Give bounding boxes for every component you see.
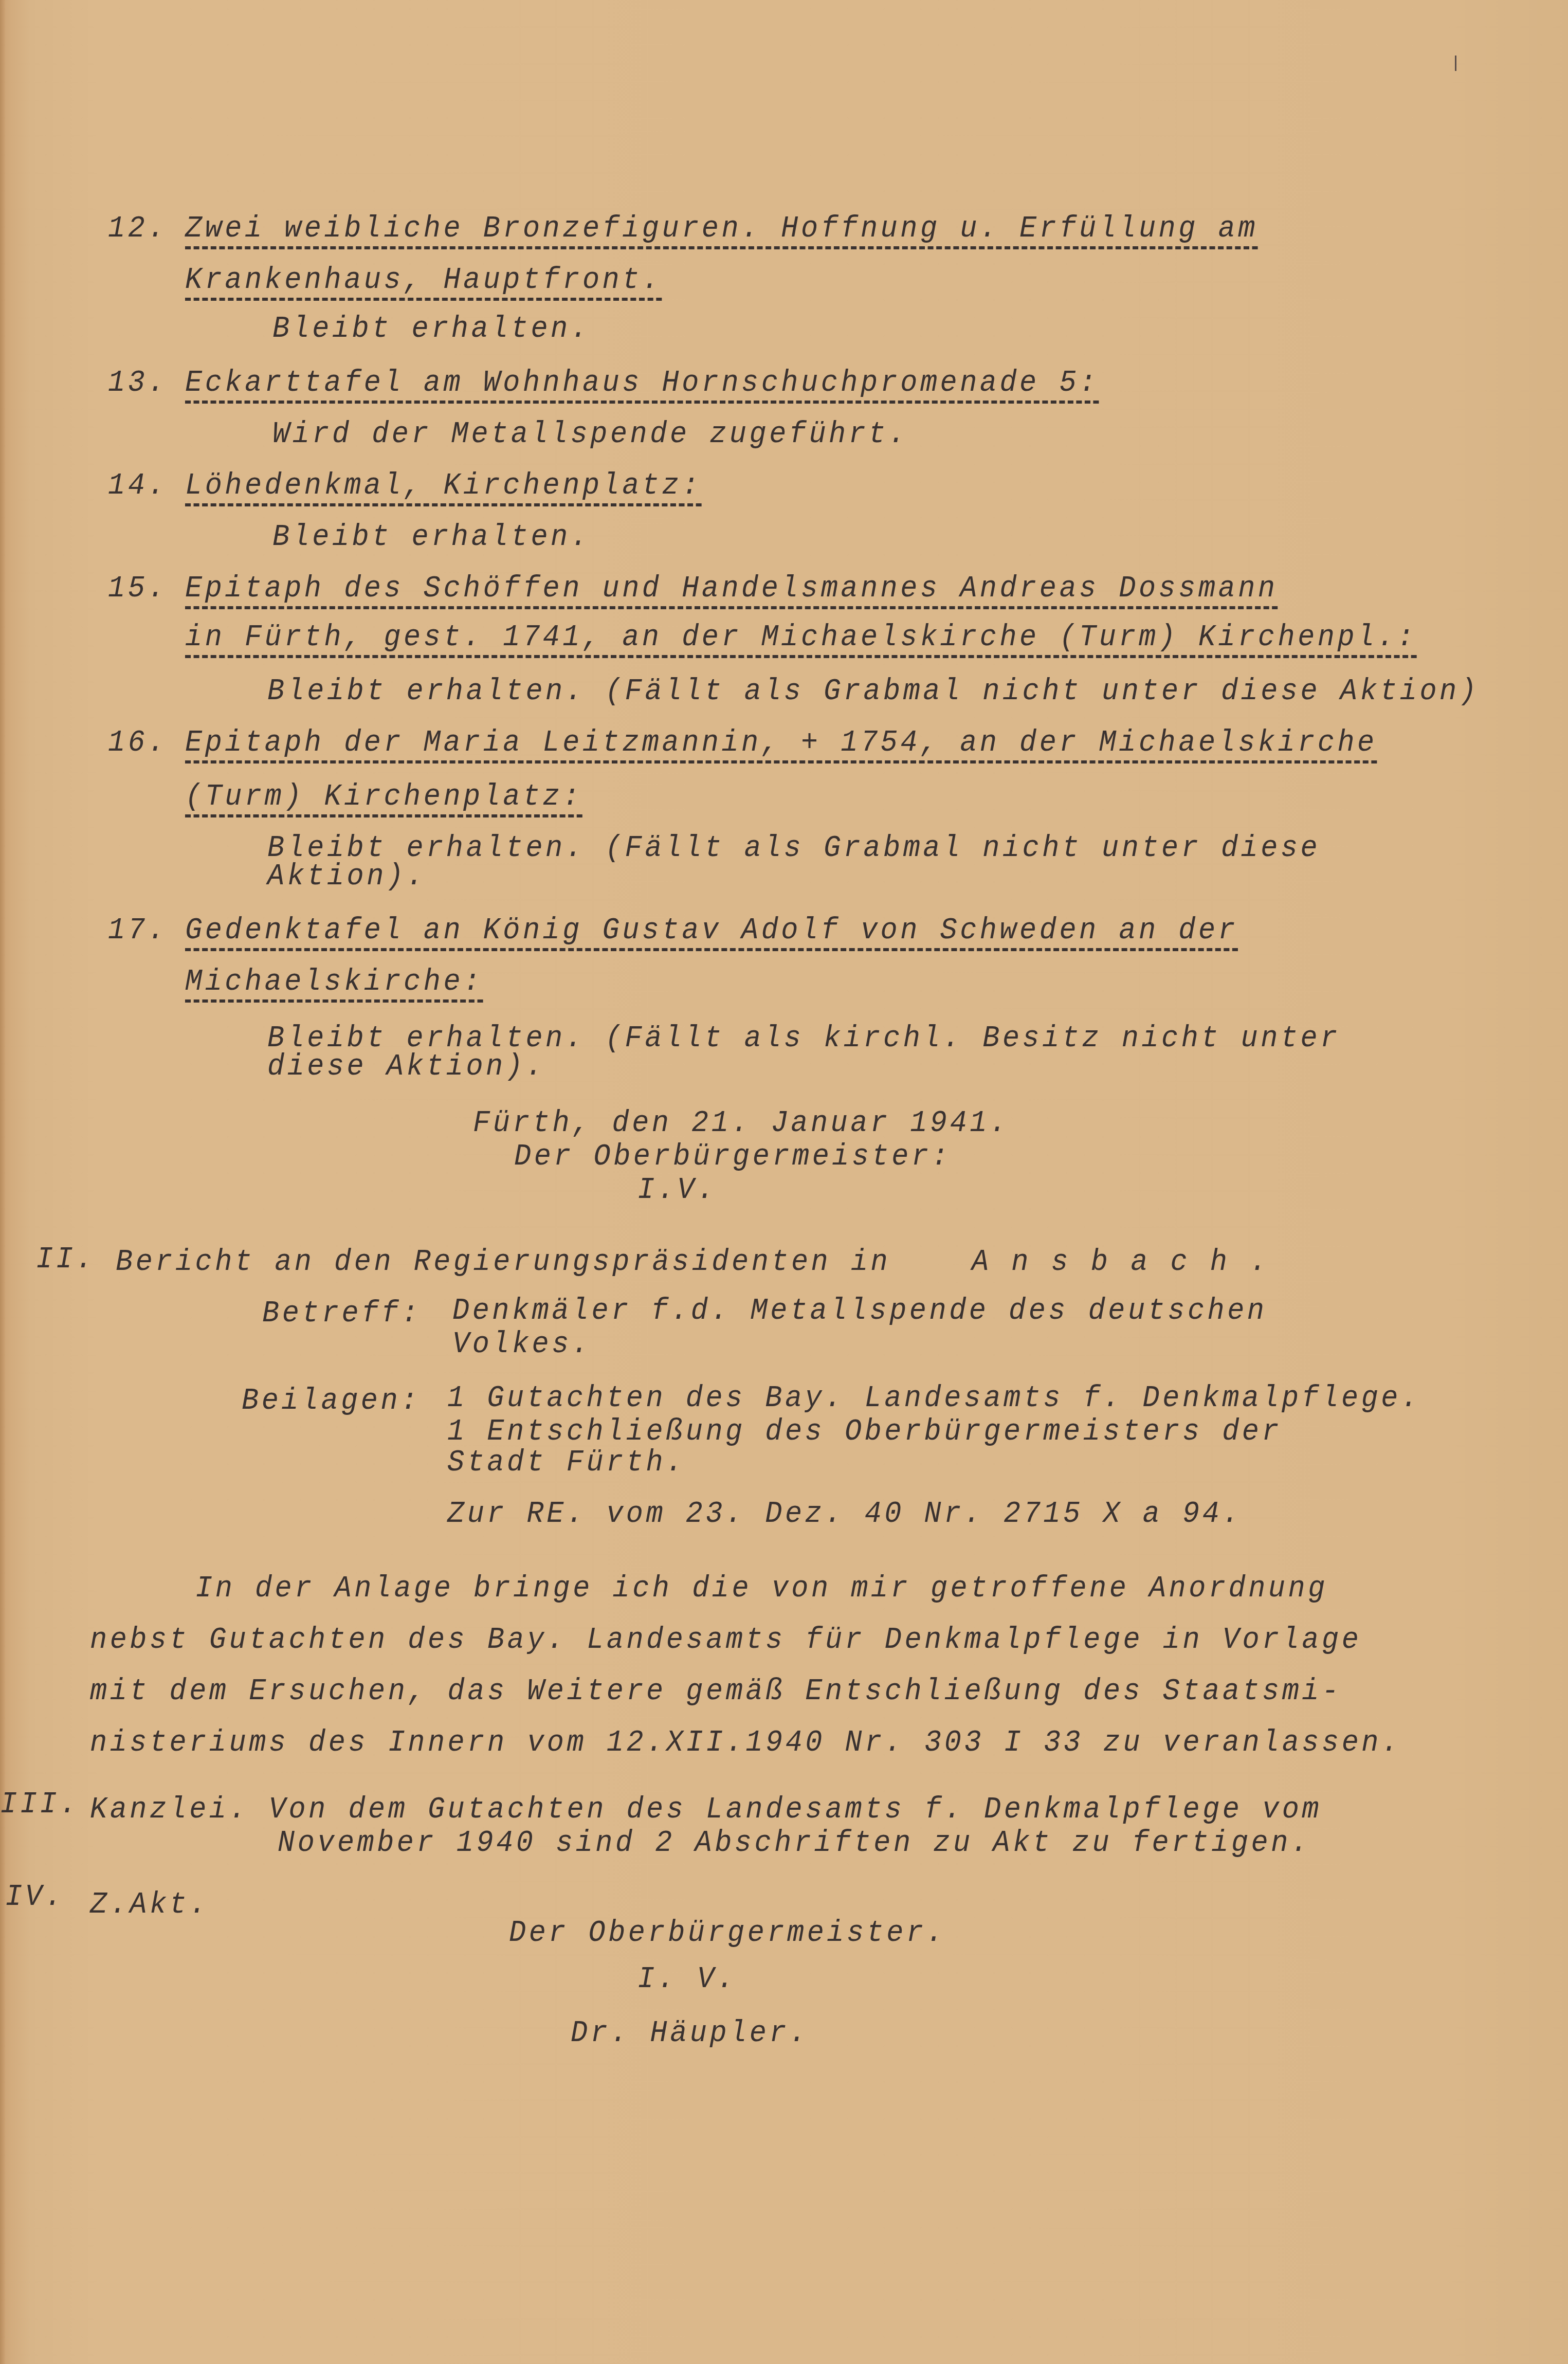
place-date: Fürth, den 21. Januar 1941. [473, 1108, 1009, 1139]
signatory-iv-1: I.V. [637, 1175, 717, 1206]
item-16-decision-line-2: Aktion). [267, 861, 426, 892]
item-12-number: 12. [108, 213, 168, 244]
betreff-label: Betreff: [262, 1298, 421, 1329]
item-13-title-line-1: Eckarttafel am Wohnhaus Hornschuchpromen… [185, 368, 1099, 404]
item-13-decision: Wird der Metallspende zugeführt. [272, 419, 908, 450]
section-iv-text: Z.Akt. [90, 1889, 209, 1920]
body-line-3: mit dem Ersuchen, das Weitere gemäß Ents… [90, 1676, 1342, 1707]
item-15-title-line-2: in Fürth, gest. 1741, an der Michaelskir… [185, 622, 1417, 658]
betreff-line-2: Volkes. [452, 1329, 592, 1360]
item-12-title-line-2: Krankenhaus, Hauptfront. [185, 265, 662, 301]
signatory-name: Dr. Häupler. [571, 2018, 809, 2049]
item-15-title-line-1: Epitaph des Schöffen und Handelsmannes A… [185, 573, 1278, 609]
beilagen-line-2: 1 Entschließung des Oberbürgermeisters d… [447, 1416, 1282, 1447]
item-15-decision: Bleibt erhalten. (Fällt als Grabmal nich… [267, 676, 1479, 707]
item-16-number: 16. [108, 728, 168, 758]
betreff-line-1: Denkmäler f.d. Metallspende des deutsche… [452, 1296, 1267, 1326]
section-ii-heading: Bericht an den Regierungspräsidenten in [116, 1247, 890, 1278]
beilagen-line-1: 1 Gutachten des Bay. Landesamts f. Denkm… [447, 1383, 1421, 1414]
signatory-title-1: Der Oberbürgermeister: [514, 1141, 951, 1172]
section-iii-number: III. [0, 1789, 80, 1820]
item-15-number: 15. [108, 573, 168, 604]
item-16-title-line-1: Epitaph der Maria Leitzmannin, + 1754, a… [185, 728, 1377, 763]
section-iii-line-1: Kanzlei. Von dem Gutachten des Landesamt… [90, 1794, 1322, 1825]
signatory-title-2: Der Oberbürgermeister. [509, 1918, 946, 1949]
section-iii-line-2: November 1940 sind 2 Abschriften zu Akt … [278, 1828, 1311, 1859]
page-spine-edge [0, 0, 5, 2364]
body-line-1: In der Anlage bringe ich die von mir get… [195, 1573, 1328, 1604]
item-17-title-line-2: Michaelskirche: [185, 967, 483, 1003]
section-ii-city: A n s b a c h . [972, 1247, 1270, 1278]
item-12-title-line-1: Zwei weibliche Bronzefiguren. Hoffnung u… [185, 213, 1258, 249]
section-iv-number: IV. [5, 1882, 65, 1913]
paper-speck [1455, 56, 1456, 71]
item-16-title-line-2: (Turm) Kirchenplatz: [185, 781, 582, 817]
item-13-number: 13. [108, 368, 168, 398]
reference-line: Zur RE. vom 23. Dez. 40 Nr. 2715 X a 94. [447, 1499, 1242, 1530]
item-17-decision-line-2: diese Aktion). [267, 1051, 545, 1082]
item-17-title-line-1: Gedenktafel an König Gustav Adolf von Sc… [185, 915, 1238, 951]
signatory-iv-2: I. V. [637, 1964, 737, 1995]
item-12-decision: Bleibt erhalten. [272, 314, 590, 344]
item-14-number: 14. [108, 470, 168, 501]
body-line-4: nisteriums des Innern vom 12.XII.1940 Nr… [90, 1727, 1401, 1758]
item-14-title-line-1: Löhedenkmal, Kirchenplatz: [185, 470, 702, 506]
item-14-decision: Bleibt erhalten. [272, 522, 590, 553]
body-line-2: nebst Gutachten des Bay. Landesamts für … [90, 1625, 1361, 1656]
beilagen-line-3: Stadt Fürth. [447, 1447, 686, 1478]
beilagen-label: Beilagen: [242, 1386, 421, 1416]
section-ii-number: II. [36, 1244, 96, 1275]
item-17-number: 17. [108, 915, 168, 946]
